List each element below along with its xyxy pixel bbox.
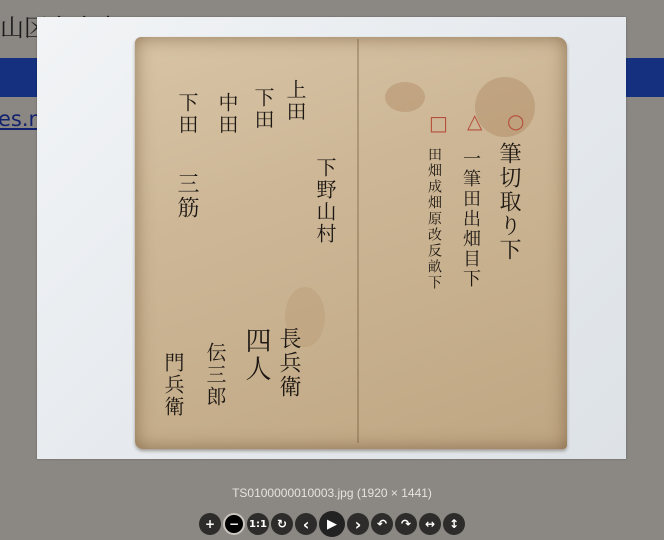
text-column: 下田 <box>253 87 273 131</box>
play-icon: ▶ <box>327 517 337 532</box>
text-column: 筆切取り下 <box>497 142 519 262</box>
minus-icon: − <box>229 517 239 531</box>
lightbox-image[interactable]: □ △ ○ 筆切取り下 一筆田出畑目下 田畑成畑原改反畝下 下野山村 上田 下田… <box>37 17 626 459</box>
flip-horizontal-button[interactable]: ↔ <box>419 513 441 535</box>
flip-vertical-button[interactable]: ↕ <box>443 513 465 535</box>
reset-button[interactable]: ↻ <box>271 513 293 535</box>
image-caption: TS0100000010003.jpg (1920 × 1441) <box>0 486 664 500</box>
text-column: 伝三郎 <box>205 342 225 408</box>
text-column: 一筆田出畑目下 <box>461 149 479 289</box>
one-to-one-icon: 1:1 <box>249 519 267 530</box>
rotate-left-button[interactable]: ↶ <box>371 513 393 535</box>
chevron-right-icon: › <box>355 515 362 534</box>
play-button[interactable]: ▶ <box>319 511 345 537</box>
text-column: 門兵衛 <box>163 352 183 418</box>
text-column: 田畑成畑原改反畝下 <box>427 147 441 291</box>
rotate-right-icon: ↷ <box>401 517 411 531</box>
text-column: 長兵衛 <box>277 327 299 399</box>
zoom-in-button[interactable]: + <box>199 513 221 535</box>
text-column: 四人 <box>243 327 269 383</box>
zoom-out-button[interactable]: − <box>223 513 245 535</box>
circle-mark: ○ <box>507 109 524 133</box>
text-column: 上田 <box>285 79 305 123</box>
next-button[interactable]: › <box>347 513 369 535</box>
page-fold <box>357 39 359 443</box>
text-column: 下野山村 <box>315 157 335 245</box>
previous-button[interactable]: ‹ <box>295 513 317 535</box>
reset-icon: ↻ <box>277 517 287 531</box>
stain <box>385 82 425 112</box>
flip-vertical-icon: ↕ <box>449 517 459 531</box>
viewer-toolbar: + − 1:1 ↻ ‹ ▶ › ↶ ↷ ↔ ↕ <box>199 511 465 537</box>
document-photo: □ △ ○ 筆切取り下 一筆田出畑目下 田畑成畑原改反畝下 下野山村 上田 下田… <box>135 37 567 449</box>
flip-horizontal-icon: ↔ <box>425 517 435 531</box>
text-column: 下田 <box>177 92 197 136</box>
actual-size-button[interactable]: 1:1 <box>247 513 269 535</box>
square-mark: □ <box>429 111 448 135</box>
text-column: 中田 <box>217 92 237 136</box>
rotate-left-icon: ↶ <box>377 517 387 531</box>
text-column: 三筋 <box>175 172 197 220</box>
stain <box>475 77 535 137</box>
plus-icon: + <box>205 517 215 531</box>
triangle-mark: △ <box>467 109 482 133</box>
rotate-right-button[interactable]: ↷ <box>395 513 417 535</box>
chevron-left-icon: ‹ <box>303 515 310 534</box>
